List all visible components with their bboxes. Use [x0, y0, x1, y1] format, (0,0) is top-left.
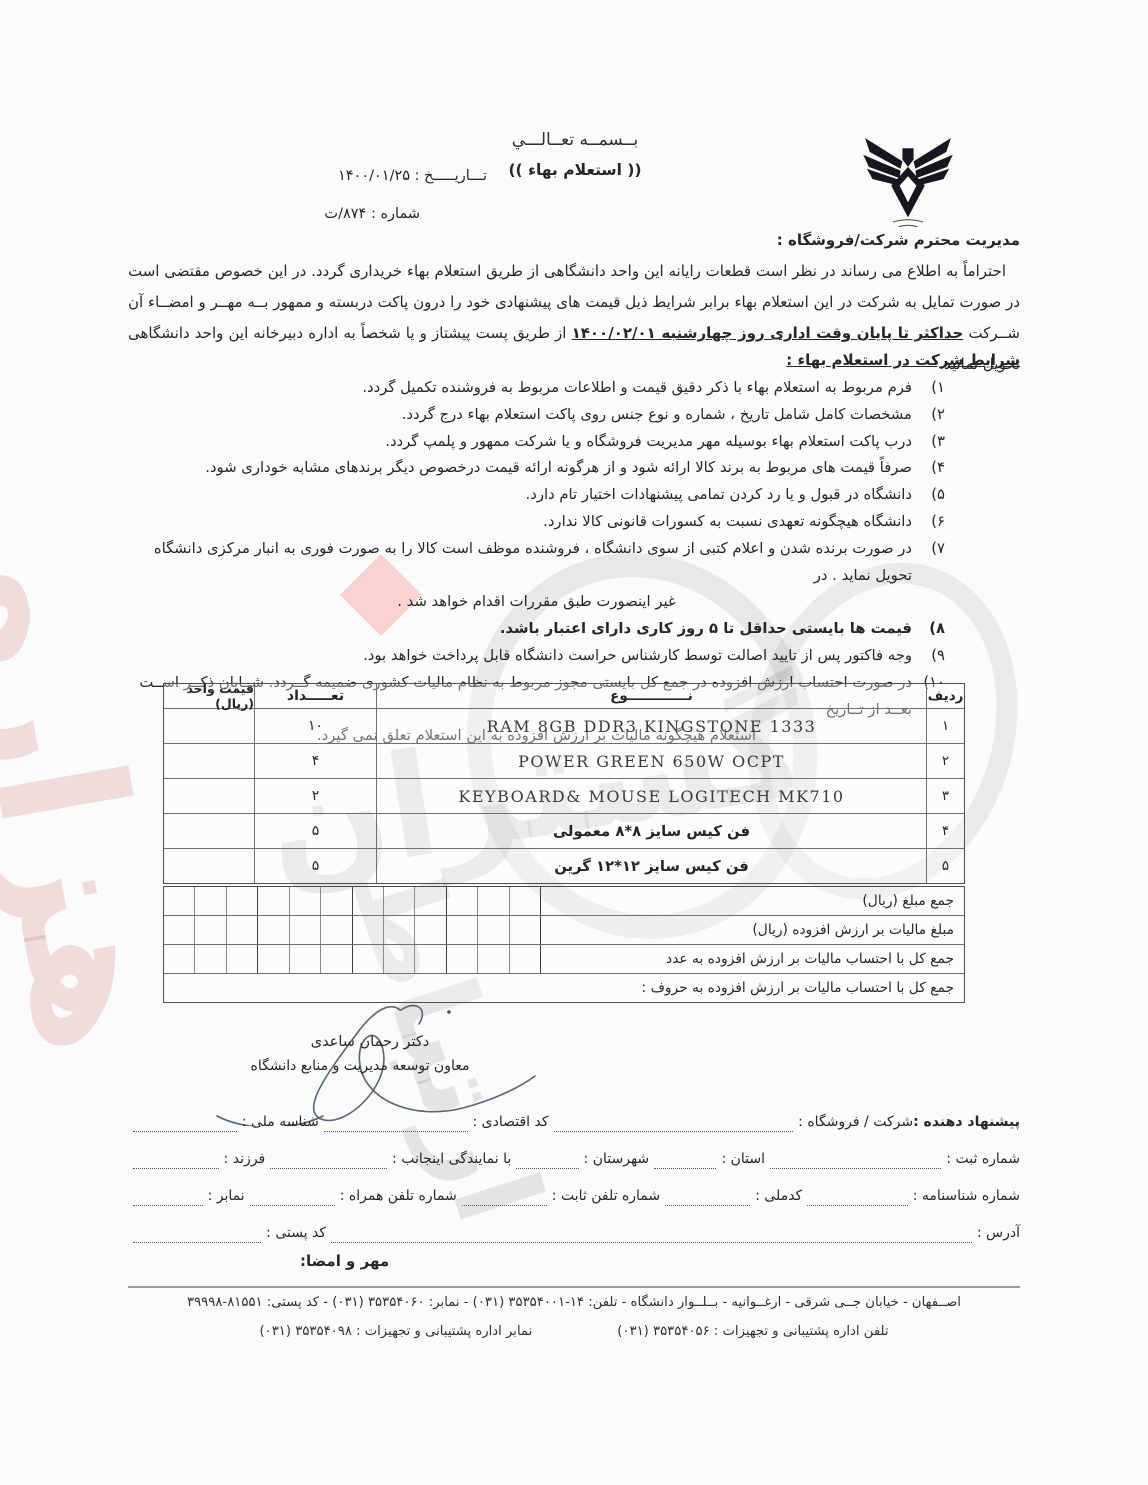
digit-cell	[510, 916, 540, 944]
condition-item: ۶)دانشگاه هيچگونه تعهدی نسبت به كسورات ق…	[128, 509, 945, 536]
signature-block: دكتر رحمان ساعدی معاون توسعه مديريت و من…	[205, 998, 545, 1126]
condition-number: ۱)	[919, 375, 945, 402]
signer-title: معاون توسعه مديريت و منابع دانشگاه	[195, 1058, 525, 1074]
representative-label: با نمايندگی اينجانب :	[392, 1149, 511, 1169]
address-label: آدرس :	[977, 1223, 1020, 1243]
inquiry-form-scan: هزاره گستران ارتباط بــسمــه تعــالـــي …	[0, 0, 1148, 1485]
condition-item: ۸)قيمت ها بايستی حداقل تا ۵ روز كاری دار…	[128, 616, 945, 643]
col-header-qty: تعـــــداد	[254, 684, 376, 708]
condition-text: مشخصات كامل شامل تاريخ ، شماره و نوع جنس…	[402, 402, 912, 429]
item-description: KEYBOARD& MOUSE LOGITECH MK710	[376, 779, 926, 813]
registration-no-label: شماره ثبت :	[946, 1149, 1020, 1169]
condition-text: وجه فاكتور پس از تاييد اصالت توسط كارشنا…	[363, 643, 912, 670]
deadline-emphasis: حداكثر تا پايان وقت اداری روز چهارشنبه ۱…	[572, 324, 964, 342]
id-card-no-blank	[807, 1191, 908, 1206]
condition-item: ۹)وجه فاكتور پس از تاييد اصالت توسط كارش…	[128, 643, 945, 670]
condition-number: ۵)	[919, 482, 945, 509]
amount-digit-boxes	[164, 945, 541, 973]
national-id-blank	[133, 1117, 237, 1132]
row-index: ۵	[926, 849, 964, 883]
bidder-row-2: شماره ثبت : استان : شهرستان : با نمايندگ…	[128, 1149, 1020, 1169]
totals-row-vat: مبلغ ماليات بر ارزش افزوده (ريال)	[164, 915, 964, 944]
postal-code-blank	[133, 1228, 261, 1243]
condition-item: ۴)صرفاً قيمت های مربوط به برند كالا ارائ…	[128, 455, 945, 482]
col-header-unit-price: قيمت واحد (ريال)	[164, 684, 254, 708]
date-line: تـــاريـــــخ : ۱۴۰۰/۰۱/۲۵	[338, 168, 487, 184]
row-index: ۳	[926, 779, 964, 813]
items-table-header: رديف نـــــــــــــوع تعـــــداد قيمت وا…	[164, 684, 964, 708]
number-value: ۸۷۴/ت	[324, 206, 366, 222]
economic-code-label: كد اقتصادی :	[473, 1112, 549, 1132]
digit-cell	[227, 887, 258, 915]
condition-text: دانشگاه هيچگونه تعهدی نسبت به كسورات قان…	[543, 509, 912, 536]
item-unit-price	[164, 814, 254, 848]
col-header-row: رديف	[926, 684, 964, 708]
digit-cell	[195, 887, 226, 915]
item-qty: ۴	[254, 744, 376, 778]
digit-cell	[321, 945, 352, 973]
university-eagle-icon	[850, 124, 966, 236]
number-label: شماره :	[371, 206, 420, 222]
mobile-blank	[250, 1191, 335, 1206]
condition-number: ۲)	[919, 402, 945, 429]
economic-code-blank	[324, 1117, 468, 1132]
digit-cell	[415, 887, 446, 915]
address-blank	[331, 1228, 972, 1243]
condition-text: درب پاكت استعلام بهاء بوسيله مهر مديريت …	[385, 429, 912, 456]
digit-cell	[258, 945, 289, 973]
item-unit-price	[164, 849, 254, 883]
digit-cell	[415, 916, 446, 944]
digit-cell	[478, 945, 509, 973]
digit-cell	[353, 916, 384, 944]
totals-label: جمع كل با احتساب ماليات بر ارزش افزوده ب…	[642, 974, 954, 1002]
condition-text: در صورت برنده شدن و اعلام كتبی از سوی دا…	[128, 536, 912, 590]
totals-row-sum: جمع مبلغ (ريال)	[164, 887, 964, 915]
amount-digit-boxes	[164, 916, 541, 944]
date-label: تـــاريـــــخ :	[415, 168, 487, 184]
landline-label: شماره تلفن ثابت :	[552, 1186, 660, 1206]
date-value: ۱۴۰۰/۰۱/۲۵	[338, 168, 410, 184]
item-description: فن كيس سايز ۸*۸ معمولی	[376, 814, 926, 848]
digit-cell	[384, 887, 415, 915]
totals-label: جمع مبلغ (ريال)	[862, 887, 954, 915]
item-description: POWER GREEN 650W OCPT	[376, 744, 926, 778]
item-unit-price	[164, 779, 254, 813]
item-qty: ۵	[254, 814, 376, 848]
support-fax: نمابر اداره پشتيبانی و تجهيزات : ۳۵۳۵۴۰۹…	[259, 1324, 532, 1339]
condition-item: ۲)مشخصات كامل شامل تاريخ ، شماره و نوع ج…	[128, 402, 945, 429]
table-row: ۴ فن كيس سايز ۸*۸ معمولی ۵	[164, 813, 964, 848]
digit-cell	[384, 916, 415, 944]
table-row: ۵ فن كيس سايز ۱۲*۱۲ گرين ۵	[164, 848, 964, 883]
totals-label: مبلغ ماليات بر ارزش افزوده (ريال)	[752, 916, 954, 944]
signer-name: دكتر رحمان ساعدی	[250, 1034, 490, 1050]
condition-number: ۸)	[919, 616, 945, 643]
digit-cell	[258, 916, 289, 944]
landline-blank	[462, 1191, 547, 1206]
totals-row-grand-numeric: جمع كل با احتساب ماليات بر ارزش افزوده ب…	[164, 944, 964, 973]
item-unit-price	[164, 709, 254, 743]
bidder-row-4: آدرس : كد پستی :	[128, 1223, 1020, 1243]
totals-table: جمع مبلغ (ريال) مبلغ ماليات بر ارزش افزو…	[163, 886, 965, 1003]
support-phone: تلفن اداره پشتيبانی و تجهيزات : ۳۵۳۵۴۰۵۶…	[617, 1324, 888, 1339]
digit-cell	[227, 916, 258, 944]
item-description: RAM 8GB DDR3 KINGSTONE 1333	[376, 709, 926, 743]
condition-7-continuation: غير اينصورت طبق مقررات اقدام خواهد شد .	[128, 589, 945, 616]
digit-cell	[510, 945, 540, 973]
digit-cell	[321, 916, 352, 944]
child-of-label: فرزند :	[224, 1149, 266, 1169]
mobile-label: شماره تلفن همراه :	[340, 1186, 457, 1206]
digit-cell	[510, 887, 540, 915]
condition-item: ۵)دانشگاه در قبول و يا رد كردن تمامی پيش…	[128, 482, 945, 509]
condition-item: ۱)فرم مربوط به استعلام بهاء با ذكر دقيق …	[128, 375, 945, 402]
bidder-form: پيشنهاد دهنده : شركت / فروشگاه : كد اقتص…	[128, 1112, 1020, 1260]
bidder-row-1: پيشنهاد دهنده : شركت / فروشگاه : كد اقتص…	[128, 1112, 1020, 1132]
document-type-title: (( استعلام بهاء ))	[470, 161, 680, 179]
item-description: فن كيس سايز ۱۲*۱۲ گرين	[376, 849, 926, 883]
fax-label: نمابر :	[208, 1186, 245, 1206]
col-header-type: نـــــــــــــوع	[376, 684, 926, 708]
digit-cell	[321, 887, 352, 915]
amount-digit-boxes	[164, 887, 541, 915]
condition-item: ۳)درب پاكت استعلام بهاء بوسيله مهر مديري…	[128, 429, 945, 456]
condition-text: دانشگاه در قبول و يا رد كردن تمامی پيشنه…	[526, 482, 912, 509]
city-label: شهرستان :	[584, 1149, 650, 1169]
digit-cell	[195, 916, 226, 944]
condition-number: ۷)	[919, 536, 945, 590]
item-qty: ۵	[254, 849, 376, 883]
condition-number: ۶)	[919, 509, 945, 536]
digit-cell	[447, 887, 478, 915]
item-unit-price	[164, 744, 254, 778]
digit-cell	[290, 916, 321, 944]
number-line: شماره : ۸۷۴/ت	[324, 206, 420, 222]
digit-cell	[447, 916, 478, 944]
digit-cell	[384, 945, 415, 973]
totals-label: جمع كل با احتساب ماليات بر ارزش افزوده ب…	[666, 945, 954, 973]
besmele-text: بــسمــه تعــالـــي	[470, 130, 680, 150]
items-table: رديف نـــــــــــــوع تعـــــداد قيمت وا…	[163, 683, 965, 884]
condition-text: فرم مربوط به استعلام بهاء با ذكر دقيق قي…	[362, 375, 912, 402]
bidder-lead-label: پيشنهاد دهنده :	[913, 1112, 1020, 1132]
stamp-and-signature-label: مهر و امضا:	[300, 1252, 389, 1270]
personal-code-label: كدملی :	[755, 1186, 802, 1206]
item-qty: ۲	[254, 779, 376, 813]
province-blank	[654, 1154, 716, 1169]
digit-cell	[164, 887, 195, 915]
digit-cell	[353, 887, 384, 915]
digit-cell	[353, 945, 384, 973]
digit-cell	[227, 945, 258, 973]
condition-number: ۹)	[919, 643, 945, 670]
city-blank	[516, 1154, 578, 1169]
postal-code-label: كد پستی :	[266, 1223, 326, 1243]
table-row: ۱ RAM 8GB DDR3 KINGSTONE 1333 ۱۰	[164, 708, 964, 743]
footer-address-line: اصــفهان - خيابان جــی شرقی - ارغــوانيه…	[118, 1295, 1030, 1310]
footer-contacts-line: تلفن اداره پشتيبانی و تجهيزات : ۳۵۳۵۴۰۵۶…	[128, 1324, 1020, 1339]
company-label: شركت / فروشگاه :	[798, 1112, 913, 1132]
row-index: ۴	[926, 814, 964, 848]
representative-blank	[270, 1154, 387, 1169]
province-label: استان :	[721, 1149, 765, 1169]
bidder-row-3: شماره شناسنامه : كدملی : شماره تلفن ثابت…	[128, 1186, 1020, 1206]
id-card-no-label: شماره شناسنامه :	[913, 1186, 1020, 1206]
digit-cell	[478, 887, 509, 915]
digit-cell	[164, 916, 195, 944]
digit-cell	[290, 945, 321, 973]
child-of-blank	[133, 1154, 219, 1169]
digit-cell	[290, 887, 321, 915]
condition-item: ۷)در صورت برنده شدن و اعلام كتبی از سوی …	[128, 536, 945, 590]
company-blank	[554, 1117, 794, 1132]
row-index: ۲	[926, 744, 964, 778]
conditions-title: شرايط شركت در استعلام بهاء :	[786, 351, 1020, 369]
condition-text: صرفاً قيمت های مربوط به برند كالا ارائه …	[205, 455, 912, 482]
condition-text: قيمت ها بايستی حداقل تا ۵ روز كاری دارای…	[500, 616, 912, 643]
digit-cell	[164, 945, 195, 973]
condition-number: ۴)	[919, 455, 945, 482]
item-qty: ۱۰	[254, 709, 376, 743]
digit-cell	[415, 945, 446, 973]
recipient-line: مديريت محترم شركت/فروشگاه :	[777, 231, 1020, 249]
digit-cell	[195, 945, 226, 973]
fax-blank	[133, 1191, 203, 1206]
digit-cell	[478, 916, 509, 944]
digit-cell	[447, 945, 478, 973]
table-row: ۳ KEYBOARD& MOUSE LOGITECH MK710 ۲	[164, 778, 964, 813]
digit-cell	[258, 887, 289, 915]
condition-number: ۳)	[919, 429, 945, 456]
row-index: ۱	[926, 709, 964, 743]
national-id-label: شناسه ملی :	[242, 1112, 319, 1132]
table-row: ۲ POWER GREEN 650W OCPT ۴	[164, 743, 964, 778]
azad-university-logo	[850, 124, 966, 236]
personal-code-blank	[665, 1191, 750, 1206]
footer-divider	[128, 1286, 1020, 1288]
registration-no-blank	[770, 1154, 941, 1169]
